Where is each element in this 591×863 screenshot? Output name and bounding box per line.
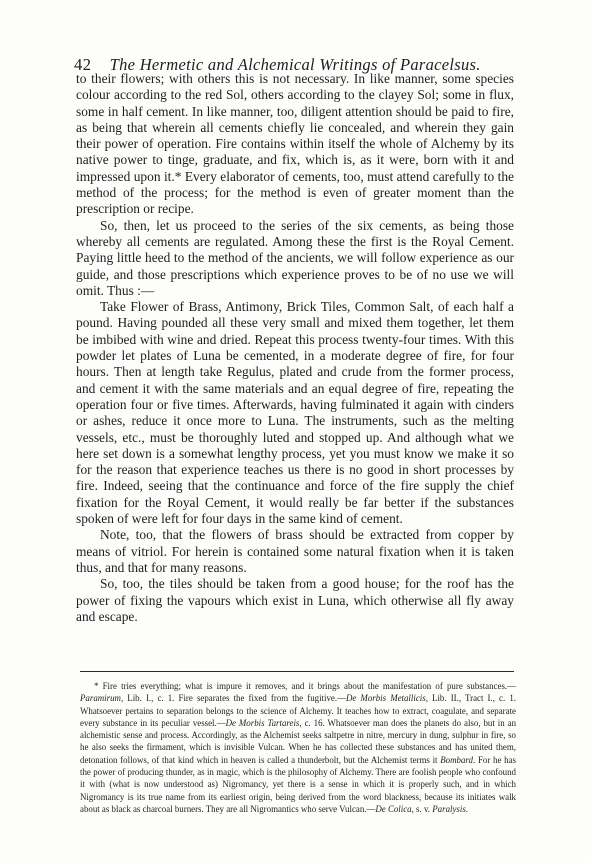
footnote-segment: , s. v. [412, 804, 433, 814]
work-title: De Colica [375, 804, 411, 814]
work-title: Paralysis [432, 804, 466, 814]
term: Bombard [440, 755, 473, 765]
footnote-text: * Fire tries everything; what is impure … [80, 680, 516, 815]
work-title: De Morbis Tartareis [226, 718, 300, 728]
paragraph: So, too, the tiles should be taken from … [76, 576, 514, 625]
work-title: Paramirum [80, 693, 121, 703]
paragraph: Note, too, that the flowers of brass sho… [76, 527, 514, 576]
paragraph: Take Flower of Brass, Antimony, Brick Ti… [76, 299, 514, 527]
book-page: 42 The Hermetic and Alchemical Writings … [0, 0, 591, 863]
footnote-segment: . [466, 804, 468, 814]
work-title: De Morbis Metallicis [346, 693, 426, 703]
footnote-divider [80, 671, 514, 672]
paragraph: So, then, let us proceed to the series o… [76, 218, 514, 299]
footnote: * Fire tries everything; what is impure … [80, 680, 516, 815]
footnote-segment: * Fire tries everything; what is impure … [94, 681, 516, 691]
paragraph: to their flowers; with others this is no… [76, 71, 514, 218]
body-text: to their flowers; with others this is no… [76, 71, 514, 625]
footnote-segment: , Lib. I., c. 1. Fire separates the fixe… [121, 693, 346, 703]
